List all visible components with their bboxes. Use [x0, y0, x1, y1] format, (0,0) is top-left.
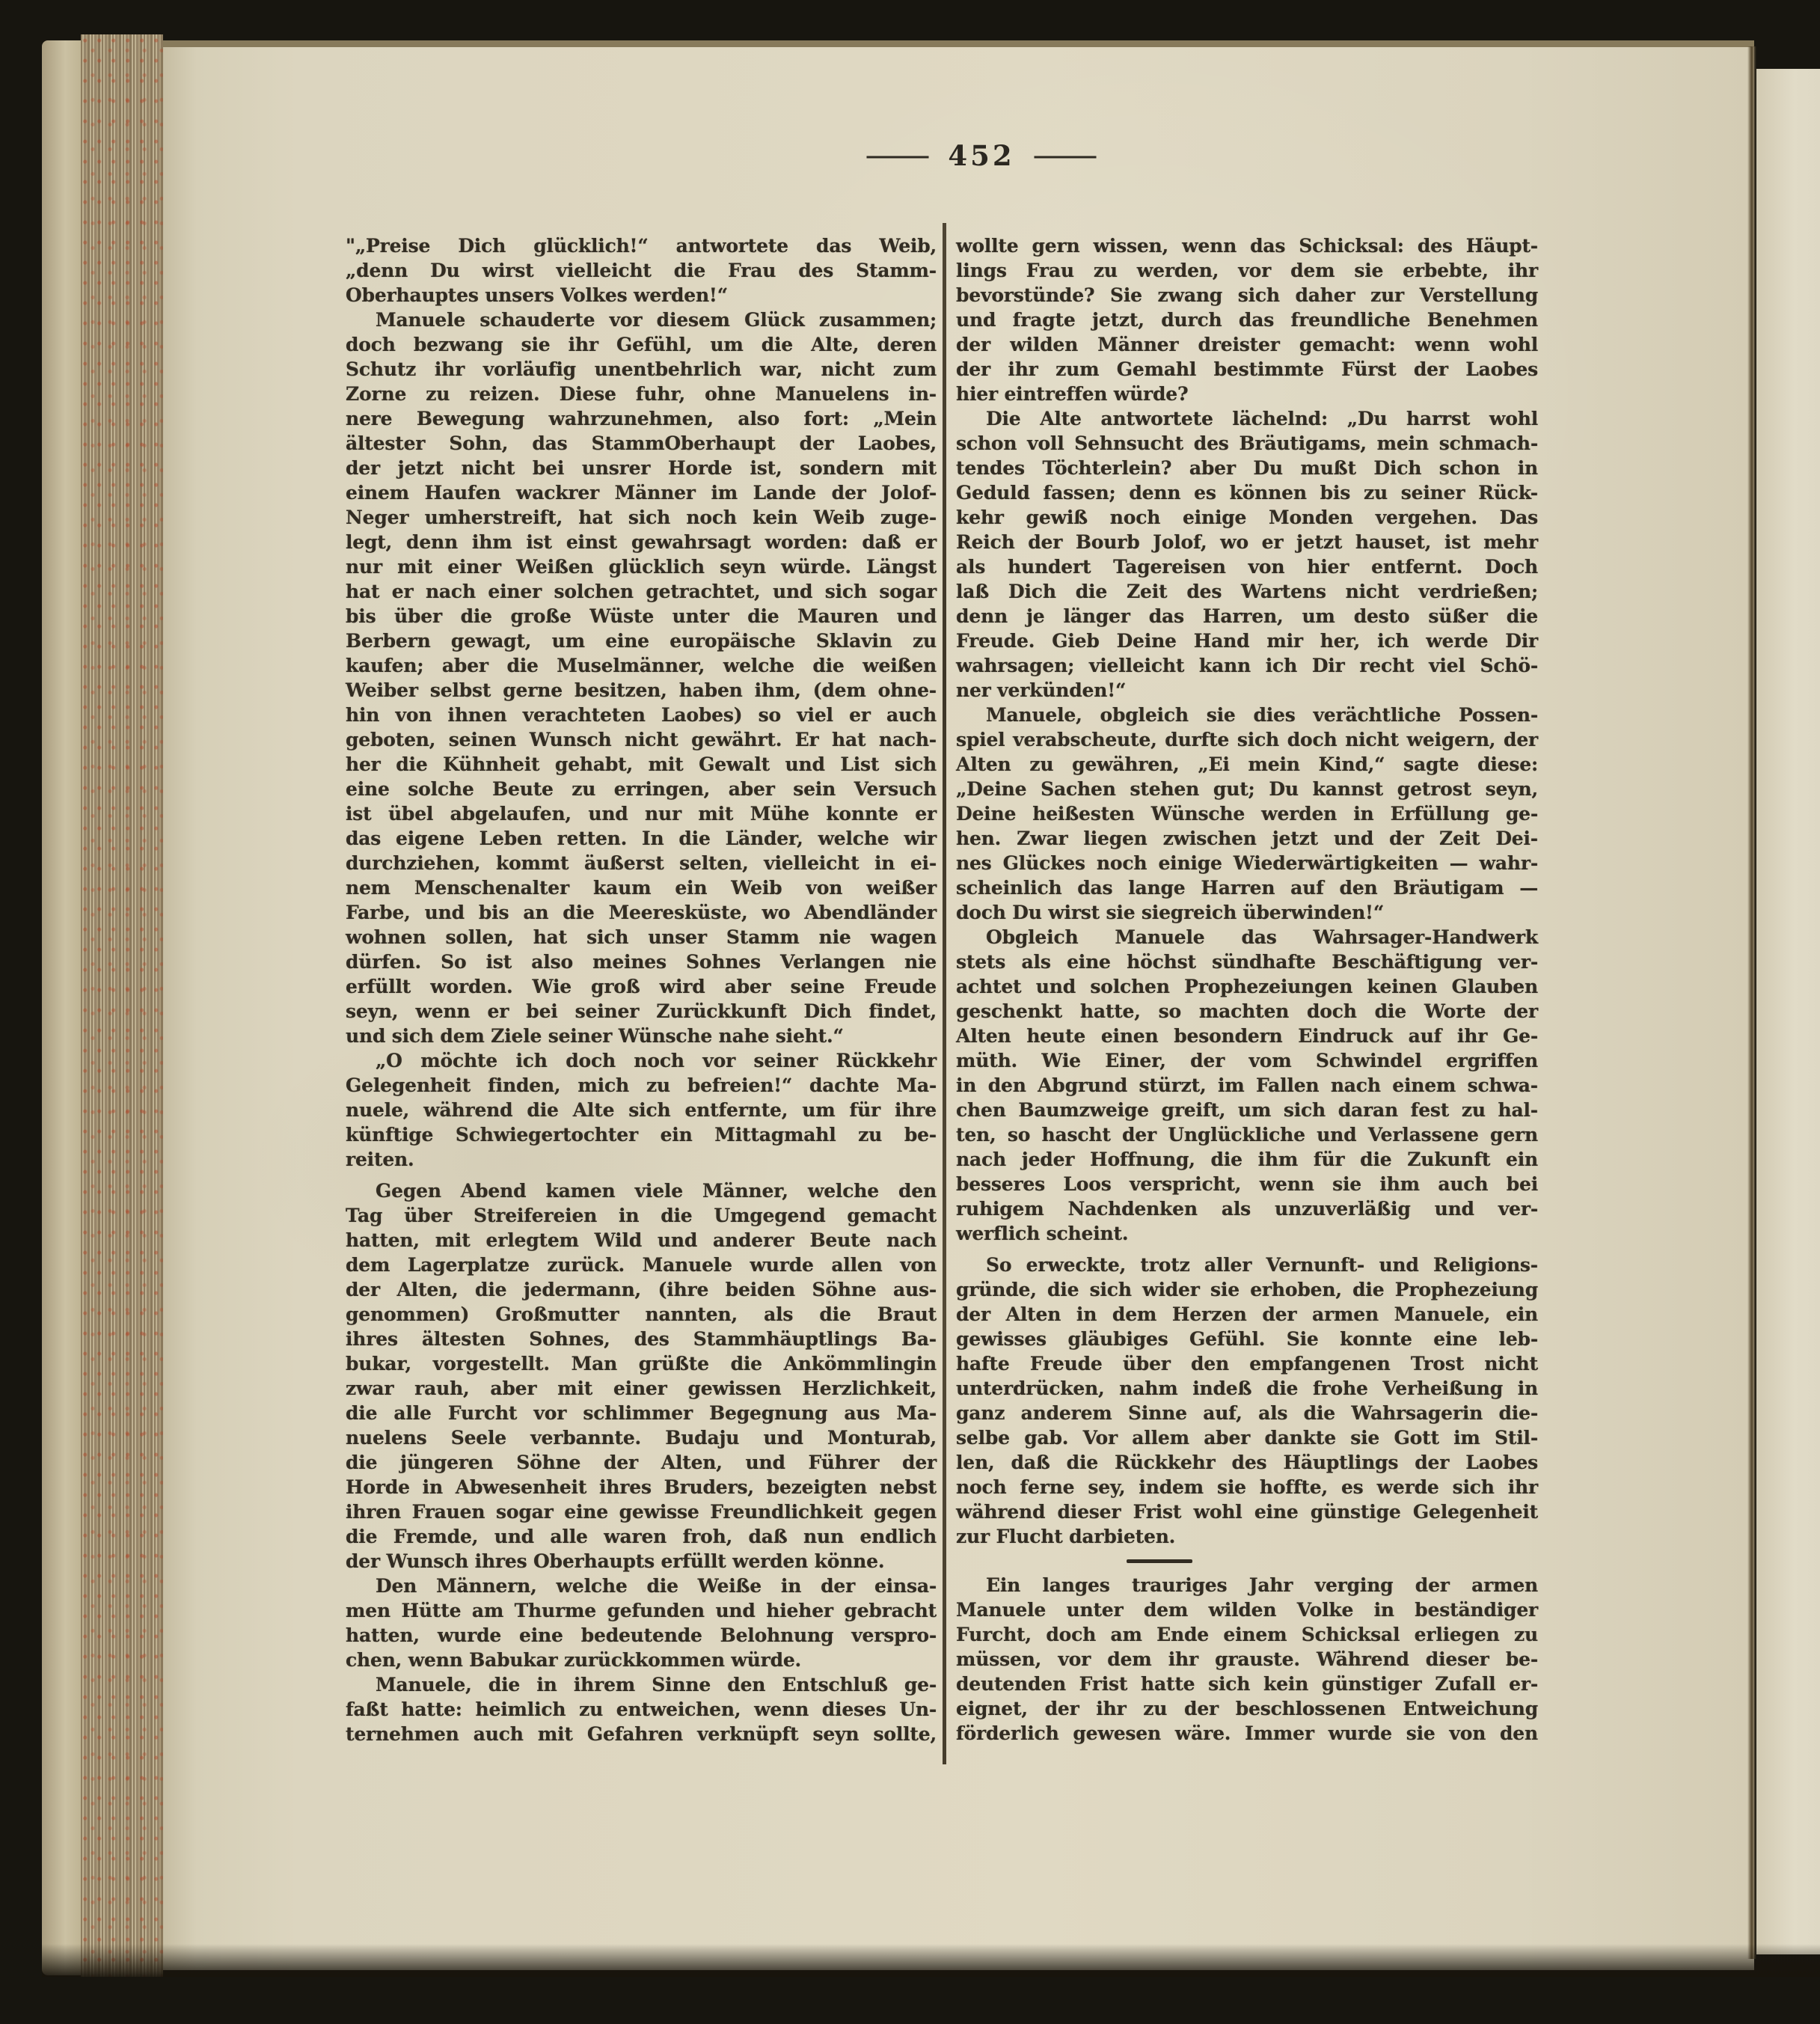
text-line: geboten, seinen Wunsch nicht gewährt. Er…: [346, 727, 937, 752]
text-line: künftige Schwiegertochter ein Mittagmahl…: [346, 1122, 937, 1147]
text-line: Oberhauptes unsers Volkes werden!“: [346, 283, 937, 308]
text-line: ruhigem Nachdenken als unzuverläßig und …: [956, 1196, 1538, 1221]
text-line: wollte gern wissen, wenn das Schicksal: …: [956, 233, 1538, 258]
text-line: len, daß die Rückkehr des Häuptlings der…: [956, 1450, 1538, 1475]
text-line: kaufen; aber die Muselmänner, welche die…: [346, 653, 937, 678]
text-line: tendes Töchterlein? aber Du mußt Dich sc…: [956, 456, 1538, 480]
text-line: der wilden Männer dreister gemacht: wenn…: [956, 332, 1538, 357]
text-line: denn je länger das Harren, um desto süße…: [956, 604, 1538, 629]
text-line: bukar, vorgestellt. Man grüßte die Anköm…: [346, 1351, 937, 1376]
text-line: unterdrücken, nahm indeß die frohe Verhe…: [956, 1376, 1538, 1401]
text-line: Deine heißesten Wünsche werden in Erfüll…: [956, 801, 1538, 826]
text-line: genommen) Großmutter nannten, als die Br…: [346, 1302, 937, 1327]
text-line: ner verkünden!“: [956, 678, 1538, 703]
text-line: wahrsagen; vielleicht kann ich Dir recht…: [956, 653, 1538, 678]
text-line: durchziehen, kommt äußerst selten, viell…: [346, 851, 937, 875]
text-line: in den Abgrund stürzt, im Fallen nach ei…: [956, 1073, 1538, 1098]
text-line: nes Glückes noch einige Wiederwärtigkeit…: [956, 851, 1538, 875]
text-line: So erweckte, trotz aller Vernunft- und R…: [956, 1253, 1538, 1277]
text-line: der Wunsch ihres Oberhaupts erfüllt werd…: [346, 1549, 937, 1574]
text-line: ihres ältesten Sohnes, des Stammhäuptlin…: [346, 1327, 937, 1351]
text-line: chen Baumzweige greift, um sich daran fe…: [956, 1098, 1538, 1122]
text-line: Manuele schauderte vor diesem Glück zusa…: [346, 308, 937, 332]
text-line: hatten, wurde eine bedeutende Belohnung …: [346, 1623, 937, 1648]
text-line: Freude. Gieb Deine Hand mir her, ich wer…: [956, 629, 1538, 653]
text-line: müth. Wie Einer, der vom Schwindel ergri…: [956, 1048, 1538, 1073]
header-dash-left: —: [863, 144, 933, 167]
text-line: gründe, die sich wider sie erhoben, die …: [956, 1277, 1538, 1302]
text-line: Obgleich Manuele das Wahrsager-Handwerk: [956, 925, 1538, 950]
text-line: nuelens Seele verbannte. Budaju und Mont…: [346, 1425, 937, 1450]
next-page-edge: [1756, 69, 1820, 1954]
text-line: hen. Zwar liegen zwischen jetzt und der …: [956, 826, 1538, 851]
text-line: ältester Sohn, das StammOberhaupt der La…: [346, 431, 937, 456]
text-line: ist übel abgelaufen, und nur mit Mühe ko…: [346, 801, 937, 826]
header-dash-right: —: [1030, 144, 1100, 167]
text-line: „O möchte ich doch noch vor seiner Rückk…: [346, 1048, 937, 1073]
text-line: her die Kühnheit gehabt, mit Gewalt und …: [346, 752, 937, 777]
text-line: und sich dem Ziele seiner Wünsche nahe s…: [346, 1024, 937, 1048]
text-line: ternehmen auch mit Gefahren verknüpft se…: [346, 1722, 937, 1746]
text-line: die alle Furcht vor schlimmer Begegnung …: [346, 1401, 937, 1425]
text-line: werflich scheint.: [956, 1221, 1538, 1246]
text-line: Tag über Streifereien in die Umgegend ge…: [346, 1203, 937, 1228]
text-line: die jüngeren Söhne der Alten, und Führer…: [346, 1450, 937, 1475]
page-crease: [1747, 46, 1756, 1959]
text-line: erfüllt worden. Wie groß wird aber seine…: [346, 974, 937, 999]
text-line: hat er nach einer solchen getrachtet, un…: [346, 579, 937, 604]
text-line: hier eintreffen würde?: [956, 382, 1538, 406]
text-line: noch ferne sey, indem sie hoffte, es wer…: [956, 1475, 1538, 1499]
text-line: achtet und solchen Prophezeiungen keinen…: [956, 974, 1538, 999]
text-line: eignet, der ihr zu der beschlossenen Ent…: [956, 1696, 1538, 1721]
text-line: Alten zu gewähren, „Ei mein Kind,“ sagte…: [956, 752, 1538, 777]
text-line: selbe gab. Vor allem aber dankte sie Got…: [956, 1425, 1538, 1450]
column-divider-rule: [943, 223, 946, 1764]
text-line: zur Flucht darbieten.: [956, 1524, 1538, 1549]
text-line: Horde in Abwesenheit ihres Bruders, beze…: [346, 1475, 937, 1499]
text-line: reiten.: [346, 1147, 937, 1172]
text-line: der Alten, die jedermann, (ihre beiden S…: [346, 1277, 937, 1302]
text-line: „denn Du wirst vielleicht die Frau des S…: [346, 258, 937, 283]
text-line: die Fremde, und alle waren froh, daß nun…: [346, 1524, 937, 1549]
text-line: bis über die große Wüste unter die Maure…: [346, 604, 937, 629]
section-divider-rule: [1127, 1559, 1192, 1563]
text-line: hatten, mit erlegtem Wild und anderer Be…: [346, 1228, 937, 1253]
text-line: und fragte jetzt, durch das freundliche …: [956, 308, 1538, 332]
text-line: seyn, wenn er bei seiner Zurückkunft Dic…: [346, 999, 937, 1024]
text-line: eine solche Beute zu erringen, aber sein…: [346, 777, 937, 801]
text-line: scheinlich das lange Harren auf den Bräu…: [956, 875, 1538, 900]
text-line: gewisses gläubiges Gefühl. Sie konnte ei…: [956, 1327, 1538, 1351]
text-line: doch bezwang sie ihr Gefühl, um die Alte…: [346, 332, 937, 357]
text-line: ganz anderem Sinne auf, als die Wahrsage…: [956, 1401, 1538, 1425]
text-line: Gegen Abend kamen viele Männer, welche d…: [346, 1178, 937, 1203]
text-line: dem Lagerplatze zurück. Manuele wurde al…: [346, 1253, 937, 1277]
text-line: der ihr zum Gemahl bestimmte Fürst der L…: [956, 357, 1538, 382]
text-line: men Hütte am Thurme gefunden und hieher …: [346, 1598, 937, 1623]
text-line: Den Männern, welche die Weiße in der ein…: [346, 1574, 937, 1598]
text-line: kehr gewiß noch einige Monden vergehen. …: [956, 505, 1538, 530]
text-line: Reich der Bourb Jolof, wo er jetzt hause…: [956, 530, 1538, 554]
page-header: —452—: [346, 139, 1578, 172]
text-line: Weiber selbst gerne besitzen, haben ihm,…: [346, 678, 937, 703]
right-column: wollte gern wissen, wenn das Schicksal: …: [956, 233, 1538, 1746]
book-cover-edge: [42, 40, 81, 1975]
text-line: Geduld fassen; denn es können bis zu sei…: [956, 480, 1538, 505]
text-line: nere Bewegung wahrzunehmen, also fort: „…: [346, 406, 937, 431]
text-line: geschenkt hatte, so machten doch die Wor…: [956, 999, 1538, 1024]
text-line: zwar rauh, aber mit einer gewissen Herzl…: [346, 1376, 937, 1401]
text-line: deutenden Frist hatte sich kein günstige…: [956, 1672, 1538, 1696]
text-line: müssen, vor dem ihr grauste. Während die…: [956, 1647, 1538, 1672]
text-line: Ein langes trauriges Jahr verging der ar…: [956, 1573, 1538, 1598]
text-line: das eigene Leben retten. In die Länder, …: [346, 826, 937, 851]
text-line: Alten heute einen besondern Eindruck auf…: [956, 1024, 1538, 1048]
book-scan: —452— "„Preise Dich glücklich!“ antworte…: [0, 0, 1820, 2024]
text-line: Die Alte antwortete lächelnd: „Du harrst…: [956, 406, 1538, 431]
text-line: faßt hatte: heimlich zu entweichen, wenn…: [346, 1697, 937, 1722]
text-line: ihren Frauen sogar eine gewisse Freundli…: [346, 1499, 937, 1524]
text-line: stets als eine höchst sündhafte Beschäft…: [956, 950, 1538, 974]
text-line: förderlich gewesen wäre. Immer wurde sie…: [956, 1721, 1538, 1746]
text-line: einem Haufen wackrer Männer im Lande der…: [346, 480, 937, 505]
text-line: schon voll Sehnsucht des Bräutigams, mei…: [956, 431, 1538, 456]
text-line: Furcht, doch am Ende einem Schicksal erl…: [956, 1622, 1538, 1647]
text-line: Neger umherstreift, hat sich noch kein W…: [346, 505, 937, 530]
left-column: "„Preise Dich glücklich!“ antwortete das…: [346, 233, 937, 1746]
text-line: wohnen sollen, hat sich unser Stamm nie …: [346, 925, 937, 950]
text-line: legt, denn ihm ist einst gewahrsagt word…: [346, 530, 937, 554]
text-line: doch Du wirst sie siegreich überwinden!“: [956, 900, 1538, 925]
text-line: als hundert Tagereisen von hier entfernt…: [956, 554, 1538, 579]
book-bottom-edge: [42, 1944, 1820, 1977]
text-line: chen, wenn Babukar zurückkommen würde.: [346, 1648, 937, 1672]
text-line: nuele, während die Alte sich entfernte, …: [346, 1098, 937, 1122]
text-line: „Deine Sachen stehen gut; Du kannst getr…: [956, 777, 1538, 801]
text-line: bevorstünde? Sie zwang sich daher zur Ve…: [956, 283, 1538, 308]
text-line: dürfen. So ist also meines Sohnes Verlan…: [346, 950, 937, 974]
text-line: Manuele unter dem wilden Volke in bestän…: [956, 1598, 1538, 1622]
text-line: der Alten in dem Herzen der armen Manuel…: [956, 1302, 1538, 1327]
text-line: spiel verabscheute, durfte sich doch nic…: [956, 727, 1538, 752]
text-line: Manuele, obgleich sie dies verächtliche …: [956, 703, 1538, 727]
text-line: während dieser Frist wohl eine günstige …: [956, 1499, 1538, 1524]
text-line: Manuele, die in ihrem Sinne den Entschlu…: [346, 1672, 937, 1697]
text-line: Schutz ihr vorläufig unentbehrlich war, …: [346, 357, 937, 382]
text-line: ten, so hascht der Unglückliche und Verl…: [956, 1122, 1538, 1147]
text-line: Gelegenheit finden, mich zu befreien!“ d…: [346, 1073, 937, 1098]
text-line: Berbern gewagt, um eine europäische Skla…: [346, 629, 937, 653]
text-line: "„Preise Dich glücklich!“ antwortete das…: [346, 233, 937, 258]
text-line: hafte Freude über den empfangenen Trost …: [956, 1351, 1538, 1376]
page-number: 452: [948, 139, 1014, 172]
text-line: besseres Loos verspricht, wenn sie ihm a…: [956, 1172, 1538, 1196]
text-line: Zorne zu reizen. Diese fuhr, ohne Manuel…: [346, 382, 937, 406]
text-line: lings Frau zu werden, vor dem sie erbebt…: [956, 258, 1538, 283]
text-line: nem Menschenalter kaum ein Weib von weiß…: [346, 875, 937, 900]
text-line: nur mit einer Weißen glücklich seyn würd…: [346, 554, 937, 579]
text-line: hin von ihnen verachteten Laobes) so vie…: [346, 703, 937, 727]
text-line: der jetzt nicht bei unsrer Horde ist, so…: [346, 456, 937, 480]
text-line: Farbe, und bis an die Meeresküste, wo Ab…: [346, 900, 937, 925]
text-line: nach jeder Hoffnung, die ihm für die Zuk…: [956, 1147, 1538, 1172]
text-line: laß Dich die Zeit des Wartens nicht verd…: [956, 579, 1538, 604]
page-stack-fore-edge: [81, 34, 163, 1977]
